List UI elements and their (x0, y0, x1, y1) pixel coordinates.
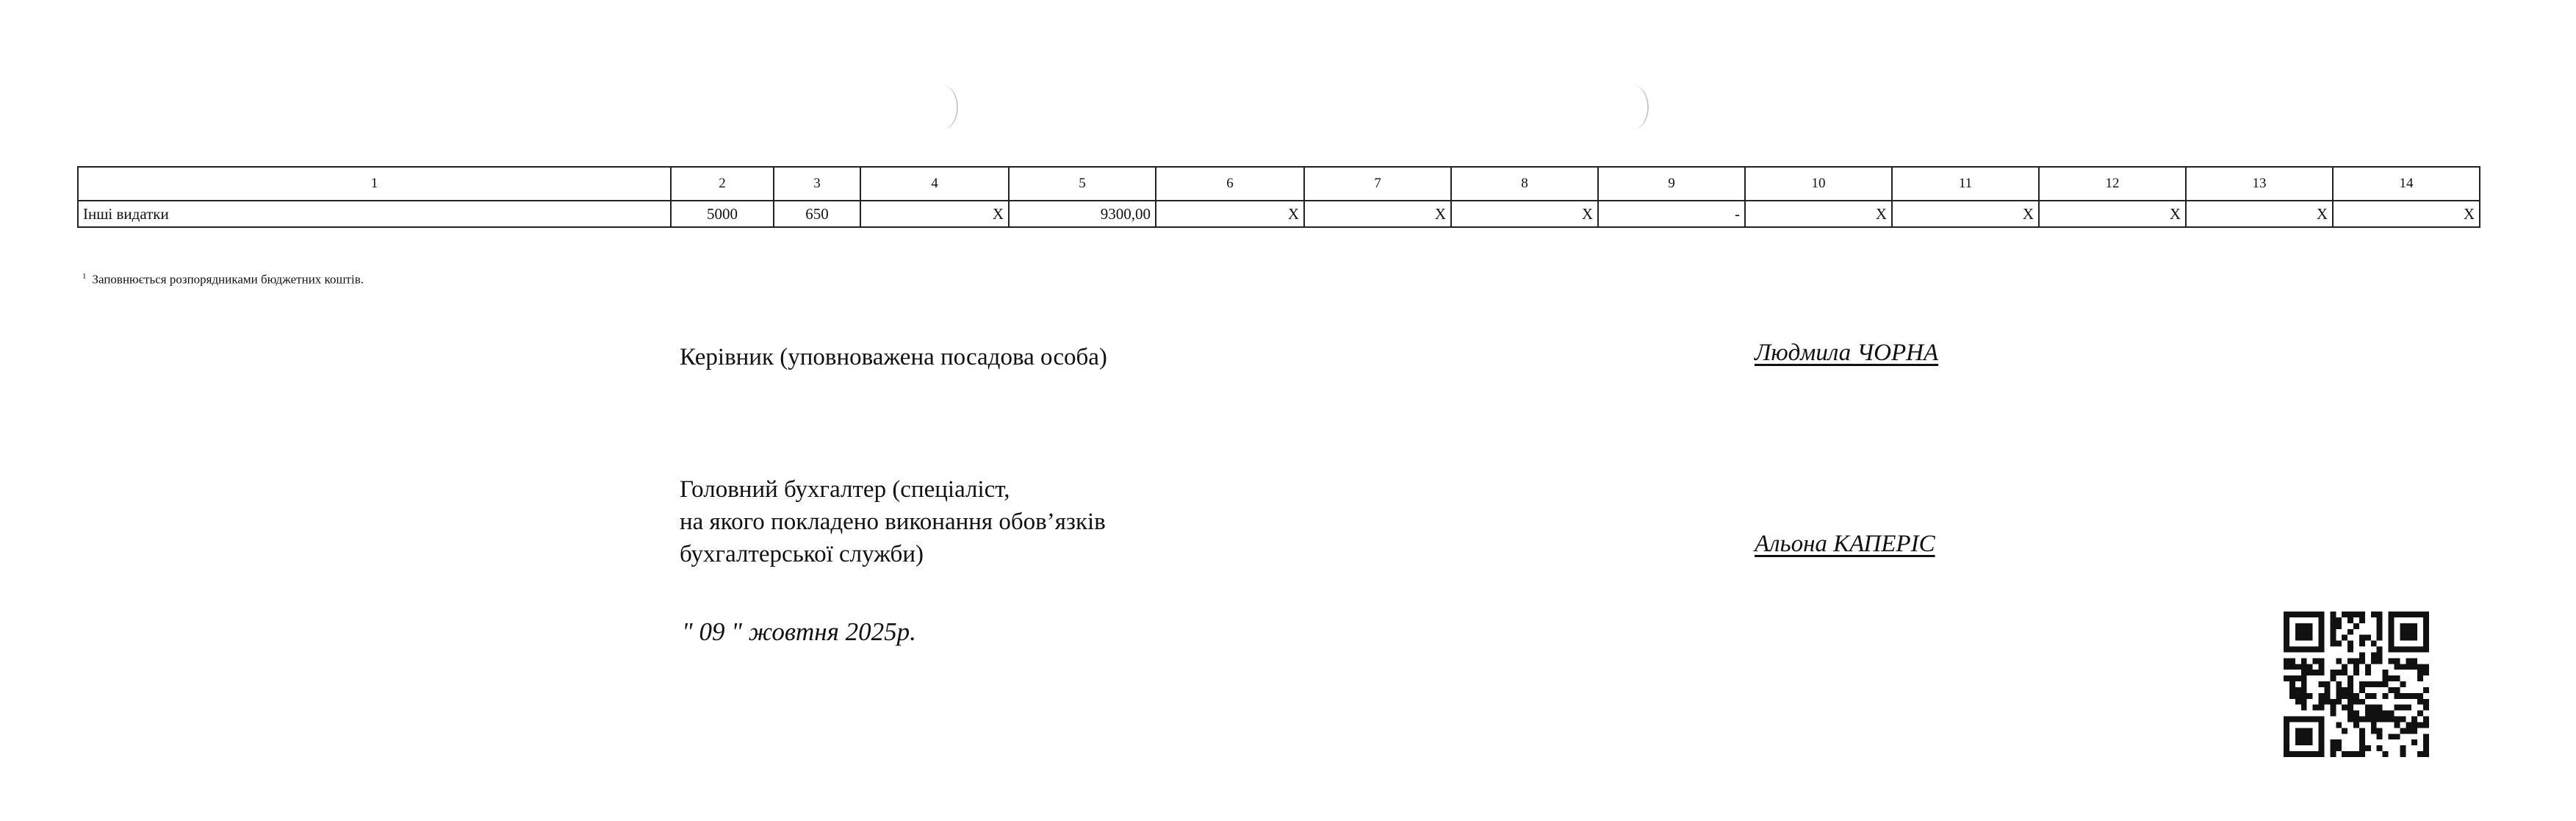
scan-artifact-left (927, 85, 958, 129)
amount-cell: 9300,00 (1009, 201, 1156, 227)
code-cell: 650 (774, 201, 860, 227)
expenses-table: 1 2 3 4 5 6 7 8 9 10 11 12 13 14 Інші ви… (77, 166, 2480, 228)
footnote-marker: 1 (82, 272, 87, 281)
table-row: Інші видатки 5000 650 X 9300,00 X X X - … (78, 201, 2480, 227)
column-number: 3 (774, 167, 860, 201)
qr-code-icon (2284, 612, 2429, 757)
column-number: 9 (1598, 167, 1745, 201)
column-number: 7 (1304, 167, 1451, 201)
not-applicable-cell: X (2039, 201, 2186, 227)
document-date: " 09 " жовтня 2025р. (682, 617, 916, 647)
expense-name-cell: Інші видатки (78, 201, 671, 227)
column-number: 1 (78, 167, 671, 201)
column-number: 6 (1156, 167, 1304, 201)
not-applicable-cell: X (2186, 201, 2333, 227)
accountant-signature-label: Головний бухгалтер (спеціаліст, на якого… (680, 473, 1106, 570)
not-applicable-cell: X (1892, 201, 2039, 227)
not-applicable-cell: X (1451, 201, 1598, 227)
not-applicable-cell: X (860, 201, 1009, 227)
accountant-signature-name: Альона КАПЕРІС (1755, 531, 1935, 558)
accountant-label-line: Головний бухгалтер (спеціаліст, (680, 473, 1106, 506)
footnote: 1Заповнюється розпорядниками бюджетних к… (82, 272, 364, 287)
column-number: 14 (2333, 167, 2480, 201)
empty-value-cell: - (1598, 201, 1745, 227)
column-number: 2 (671, 167, 774, 201)
accountant-label-line: бухгалтерської служби) (680, 538, 1106, 570)
not-applicable-cell: X (1745, 201, 1892, 227)
accountant-label-line: на якого покладено виконання обов’язків (680, 506, 1106, 538)
table-header-row: 1 2 3 4 5 6 7 8 9 10 11 12 13 14 (78, 167, 2480, 201)
column-number: 11 (1892, 167, 2039, 201)
head-signature-name: Людмила ЧОРНА (1755, 340, 1938, 367)
not-applicable-cell: X (1156, 201, 1304, 227)
column-number: 13 (2186, 167, 2333, 201)
column-number: 12 (2039, 167, 2186, 201)
footnote-text: Заповнюється розпорядниками бюджетних ко… (93, 273, 364, 287)
not-applicable-cell: X (2333, 201, 2480, 227)
column-number: 8 (1451, 167, 1598, 201)
column-number: 4 (860, 167, 1009, 201)
not-applicable-cell: X (1304, 201, 1451, 227)
column-number: 10 (1745, 167, 1892, 201)
scan-artifact-right (1618, 85, 1649, 129)
head-signature-label: Керівник (уповноважена посадова особа) (680, 341, 1107, 373)
column-number: 5 (1009, 167, 1156, 201)
code-cell: 5000 (671, 201, 774, 227)
